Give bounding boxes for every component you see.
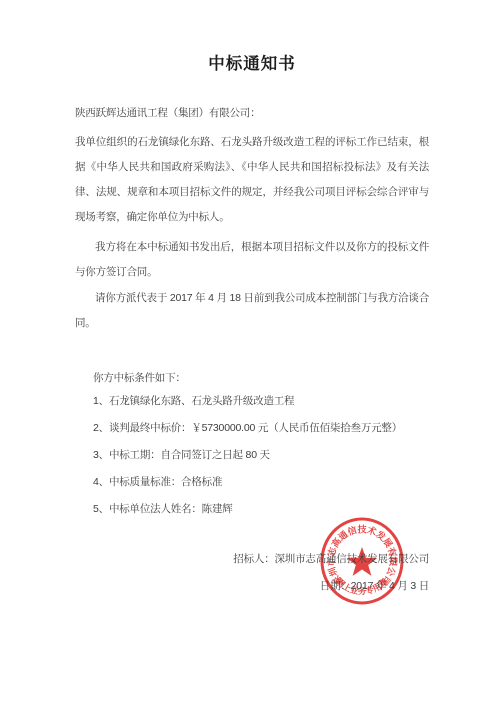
- addressee-line: 陕西跃辉达通讯工程（集团）有限公司：: [75, 101, 429, 126]
- tenderer-line: 招标人：深圳市志高通信技术发展有限公司: [75, 546, 429, 573]
- paragraph-contract-signing: 我方将在本中标通知书发出后，根据本项目招标文件以及你方的投标文件与你方签订合同。: [75, 235, 429, 285]
- date-line: 日期：2017 年 4 月 3 日: [75, 573, 429, 600]
- condition-item-quality: 4、中标质量标准：合格标准: [93, 469, 429, 496]
- condition-item-duration: 3、中标工期：自合同签订之日起 80 天: [93, 442, 429, 469]
- page-title: 中标通知书: [75, 50, 429, 74]
- signature-block: 招标人：深圳市志高通信技术发展有限公司 日期：2017 年 4 月 3 日: [75, 546, 429, 600]
- paragraph-representative-request: 请你方派代表于 2017 年 4 月 18 日前到我公司成本控制部门与我方洽谈合…: [75, 286, 429, 336]
- notice-page: 中标通知书 陕西跃辉达通讯工程（集团）有限公司： 我单位组织的石龙镇绿化东路、石…: [0, 0, 500, 707]
- paragraph-evaluation-result: 我单位组织的石龙镇绿化东路、石龙头路升级改造工程的评标工作已结束，根据《中华人民…: [75, 130, 429, 230]
- condition-item-project: 1、石龙镇绿化东路、石龙头路升级改造工程: [93, 388, 429, 415]
- conditions-list: 1、石龙镇绿化东路、石龙头路升级改造工程 2、谈判最终中标价：￥5730000.…: [93, 388, 429, 523]
- condition-item-price: 2、谈判最终中标价：￥5730000.00 元（人民币伍佰柒拾叁万元整）: [93, 415, 429, 442]
